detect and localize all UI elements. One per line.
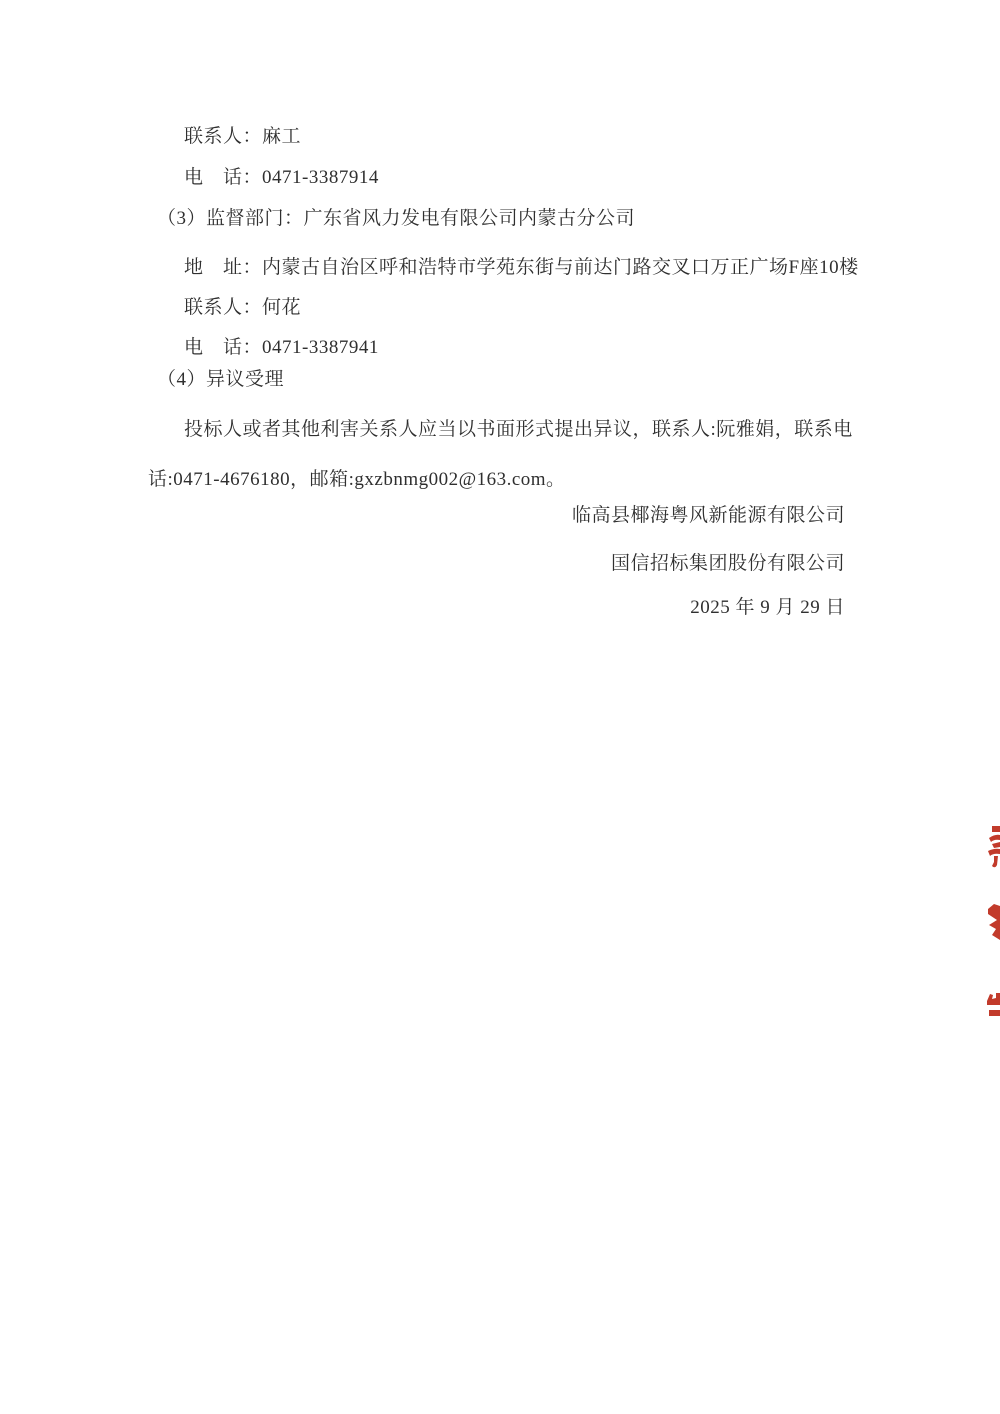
seal-fragment-bottom-icon	[986, 993, 1000, 1022]
seal-fragment-top-icon	[985, 823, 1000, 874]
section4-heading: （4）异议受理	[157, 369, 284, 392]
signature-date: 2025 年 9 月 29 日	[690, 597, 845, 620]
objection-paragraph-line1: 投标人或者其他利害关系人应当以书面形式提出异议，联系人:阮雅娟，联系电	[184, 419, 853, 442]
signature-tenderer-name: 临高县椰海粤风新能源有限公司	[572, 505, 845, 528]
seal-fragment-middle-icon	[986, 904, 1000, 947]
document-page: 联系人：麻工 电 话：0471-3387914 （3）监督部门：广东省风力发电有…	[0, 0, 1000, 1414]
contact2-phone-line: 电 话：0471-3387941	[184, 337, 379, 360]
signature-agency-name: 国信招标集团股份有限公司	[611, 553, 845, 576]
contact1-person-line: 联系人：麻工	[184, 126, 301, 149]
contact2-person-line: 联系人：何花	[184, 297, 301, 320]
contact1-phone-line: 电 话：0471-3387914	[184, 167, 379, 190]
supervisor-address-line: 地 址：内蒙古自治区呼和浩特市学苑东街与前达门路交叉口万正广场F座10楼	[184, 257, 859, 280]
section3-heading: （3）监督部门：广东省风力发电有限公司内蒙古分公司	[157, 208, 635, 231]
objection-paragraph-line2: 话:0471-4676180，邮箱:gxzbnmg002@163.com。	[148, 469, 566, 492]
